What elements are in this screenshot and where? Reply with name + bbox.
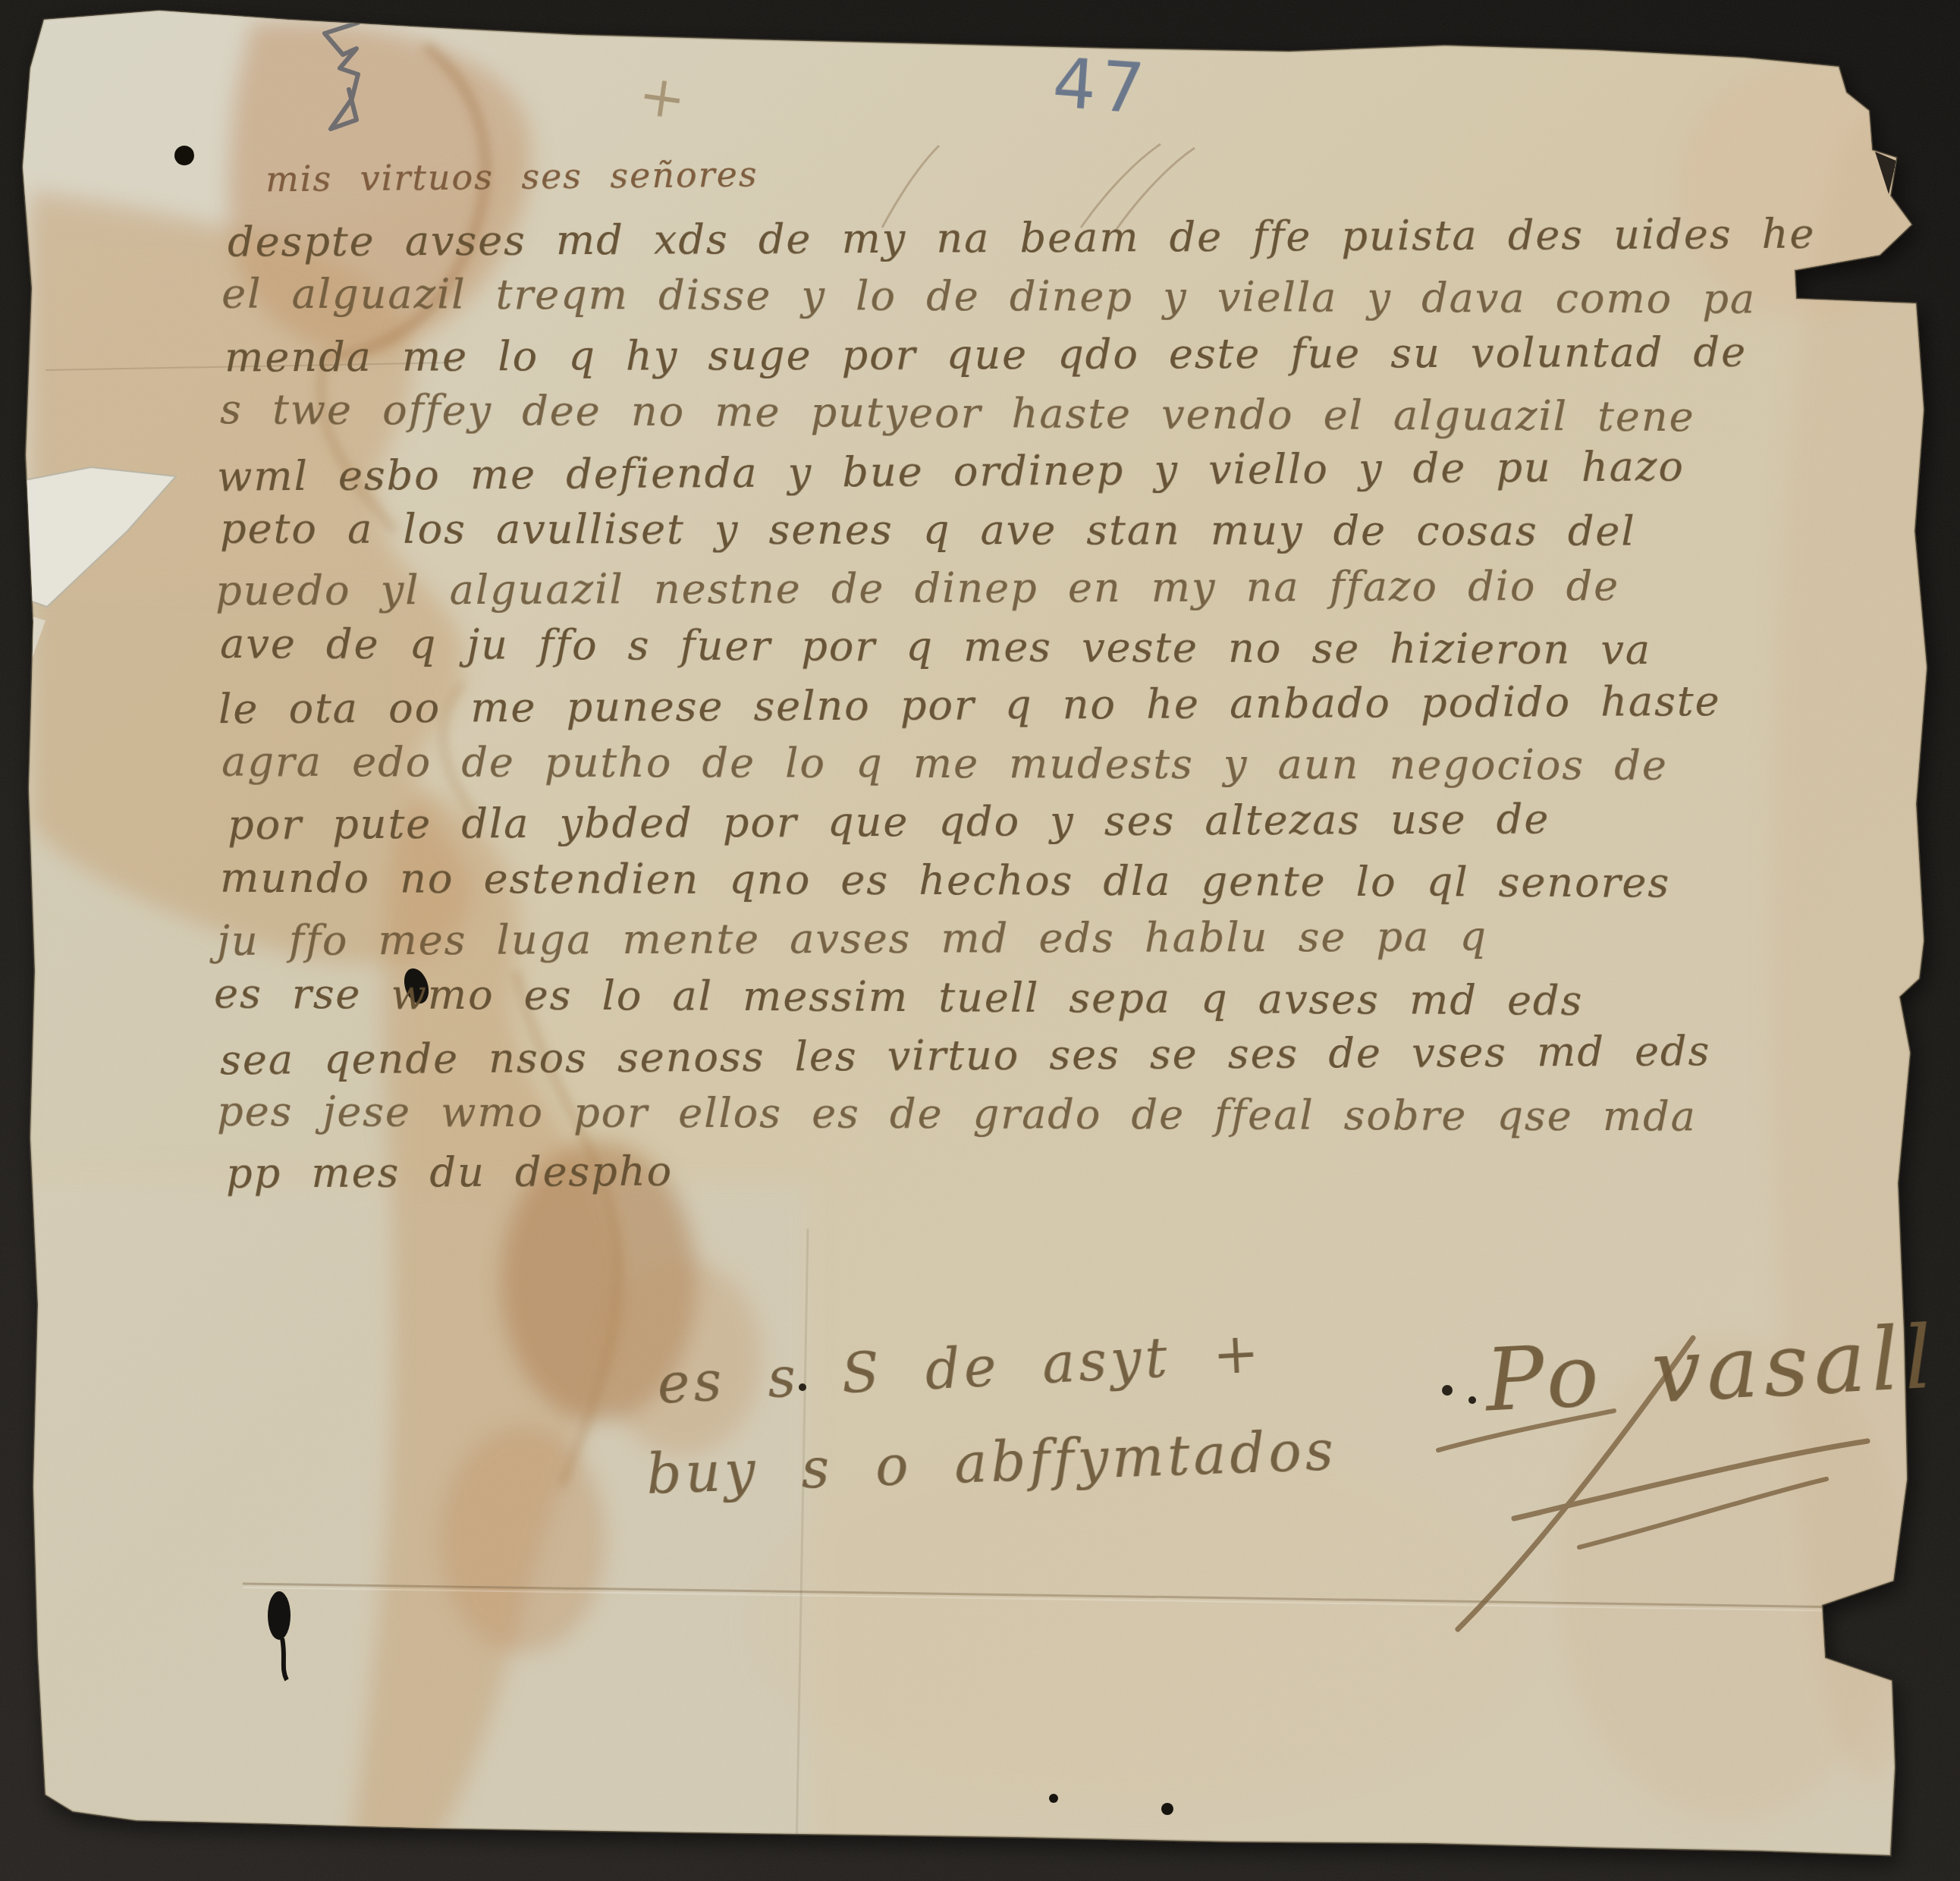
text-layer: + 47 mis virtuos ses señores despte avse…	[0, 0, 1960, 1881]
text-line: el alguazil treqm disse y lo de dinep y …	[221, 269, 1756, 322]
text-line: por pute dla ybded por que qdo y ses alt…	[228, 795, 1550, 849]
text-line: despte avses md xds de my na beam de ffe…	[228, 210, 1816, 266]
signature: Po vasall	[1483, 1306, 1940, 1431]
text-line: peto a los avulliset y senes q ave stan …	[220, 504, 1636, 554]
text-line: ave de q ju ffo s fuer por q mes veste n…	[220, 620, 1651, 674]
text-line: agra edo de putho de lo q me mudests y a…	[221, 738, 1668, 790]
text-line: menda me lo q hy suge por que qdo este f…	[225, 328, 1747, 381]
closing-line: buy s o abffymtados	[645, 1418, 1338, 1506]
text-line: pp mes du despho	[226, 1147, 673, 1197]
registration-cross: +	[634, 62, 689, 133]
text-line: le ota oo me punese selno por q no he an…	[218, 677, 1721, 733]
archive-scan: + 47 mis virtuos ses señores despte avse…	[0, 0, 1960, 1881]
text-line: pes jese wmo por ellos es de grado de ff…	[217, 1088, 1697, 1141]
text-line: es rse wmo es lo al messim tuell sepa q …	[214, 969, 1583, 1024]
text-line: s twe offey dee no me putyeor haste vend…	[220, 385, 1695, 441]
text-line: sea qende nsos senoss les virtuo ses se …	[220, 1027, 1710, 1084]
text-line: mundo no estendien qno es hechos dla gen…	[220, 854, 1670, 907]
text-line: puedo yl alguazil nestne de dinep en my …	[215, 562, 1619, 614]
text-line: ju ffo mes luga mente avses md eds hablu…	[217, 912, 1487, 965]
closing-line: es s S de asyt +	[655, 1320, 1264, 1416]
folio-number: 47	[1050, 44, 1151, 130]
text-line: wml esbo me defienda y bue ordinep y vie…	[217, 442, 1685, 501]
text-line: mis virtuos ses señores	[265, 154, 759, 200]
